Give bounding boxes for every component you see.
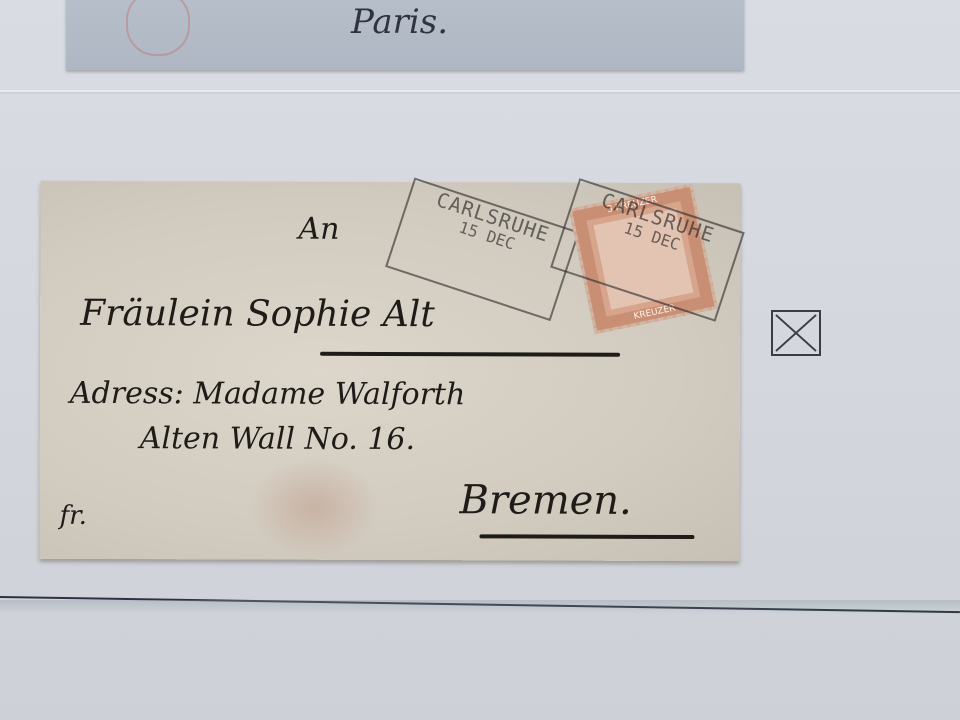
destination-city: Bremen.	[459, 477, 631, 524]
crossed-box-icon	[771, 310, 821, 356]
recipient-name: Fräulein Sophie Alt	[80, 293, 435, 335]
destination-underline	[479, 534, 694, 539]
franco-mark: fr.	[59, 501, 87, 531]
postal-cover: CARLSRUHE 15 DEC 3 KREUZER KREUZER CARLS…	[39, 181, 740, 561]
red-postmark-partial	[126, 0, 190, 56]
album-sleeve-edge	[0, 90, 960, 92]
salutation: An	[298, 212, 339, 247]
address-line-1: Adress: Madame Walforth	[70, 376, 466, 412]
address-line-2: Alten Wall No. 16.	[140, 421, 415, 457]
album-sleeve-shadow	[0, 600, 960, 614]
top-cover: Paris.	[66, 0, 744, 70]
stain	[249, 457, 379, 557]
recipient-underline	[320, 352, 620, 357]
top-cover-handwriting: Paris.	[351, 2, 448, 42]
